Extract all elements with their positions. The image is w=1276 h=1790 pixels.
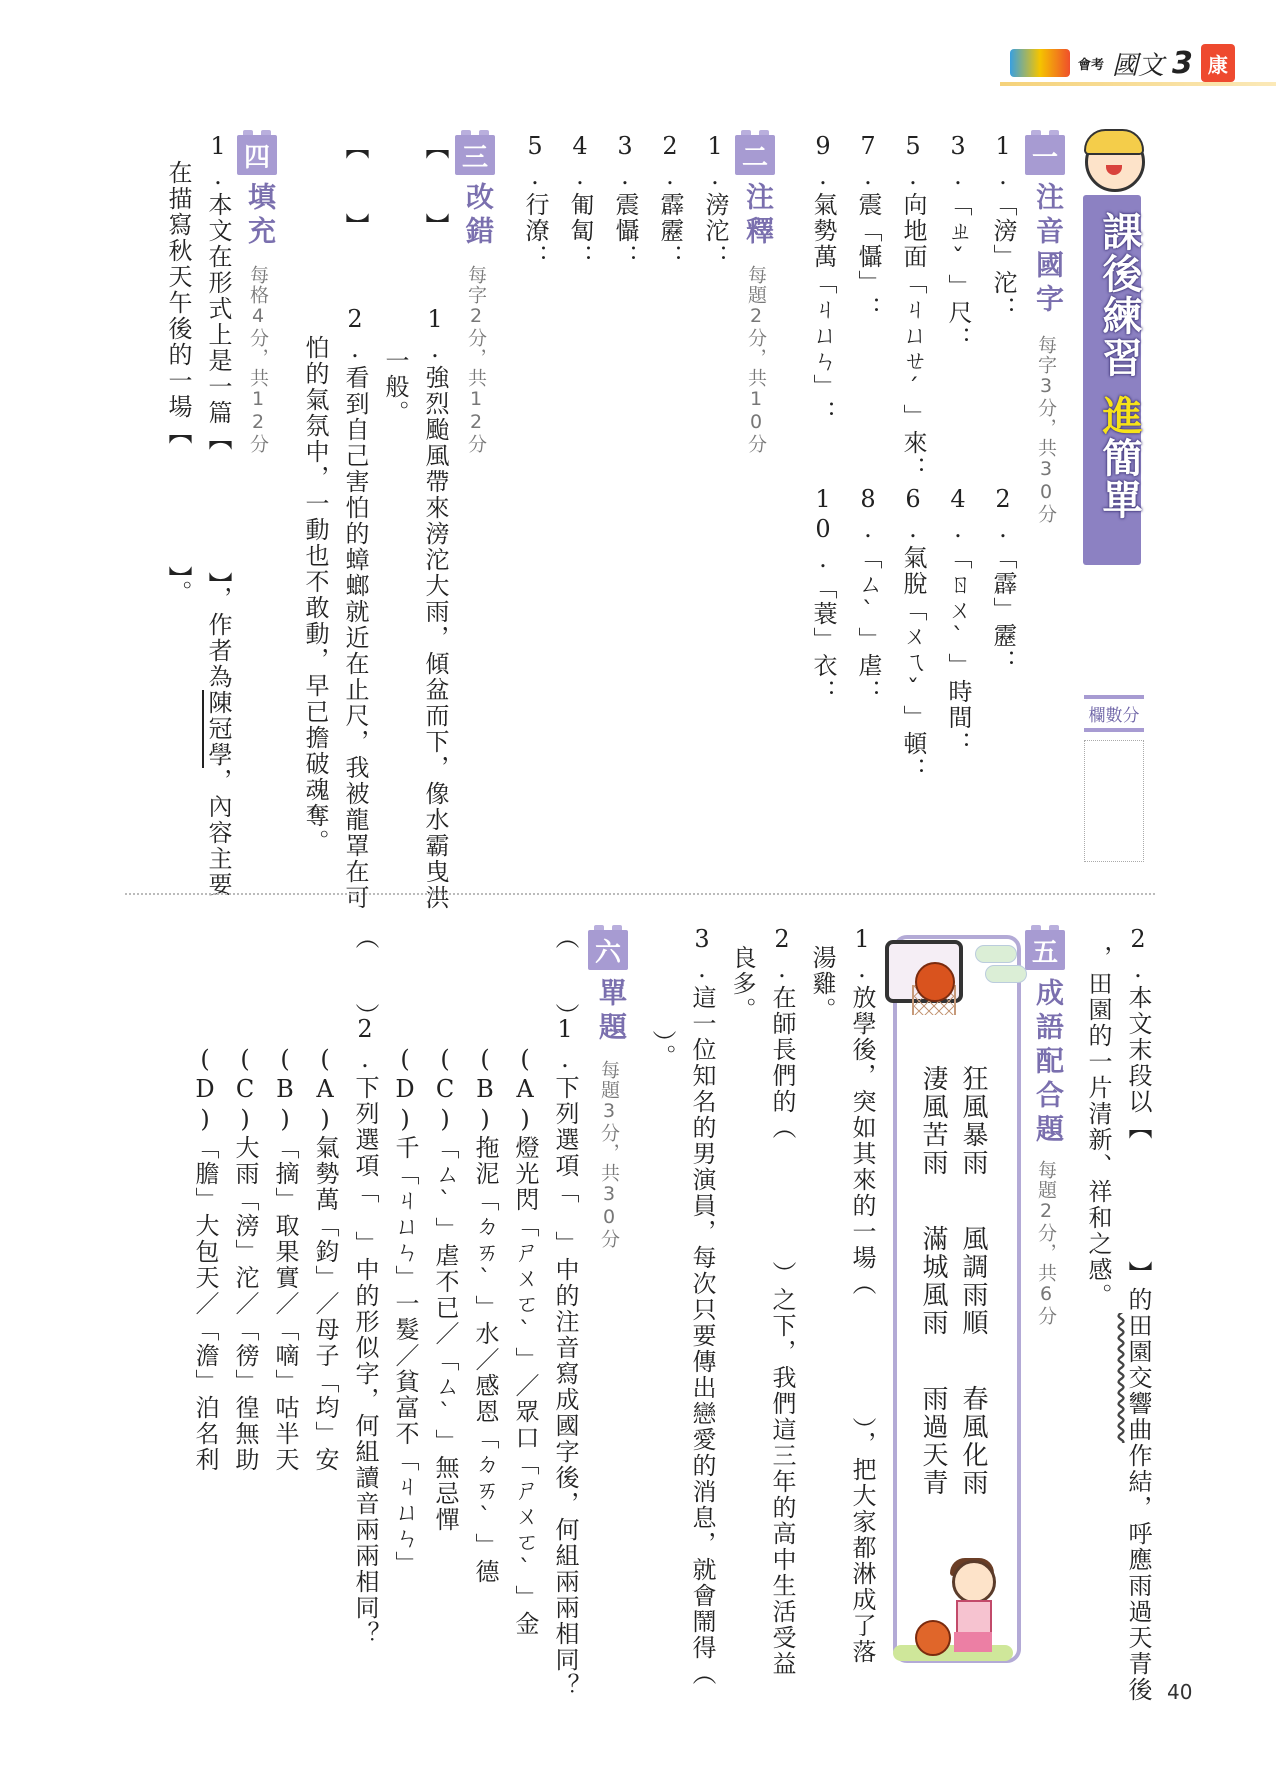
page-header: 會考 國文 3 康 (1010, 44, 1235, 82)
section-5-score: 每題2分，共6分 (1033, 1160, 1060, 1326)
s5-item-3: 3.這一位知名的男演員，每次只要傳出戀愛的消息，就會鬧得（ (682, 925, 722, 1687)
s4-item-2-cont: ，田園的一片清新、祥和之感。 (1078, 945, 1118, 1309)
section-1-score: 每字3分，共30分 (1033, 335, 1060, 524)
page-divider (125, 893, 1155, 895)
logo-subtitle: 會考 (1078, 54, 1104, 73)
s6-q2-option-a[interactable]: (A)氣勢萬「鈞」／母子「均」安 (305, 1045, 345, 1473)
section-1-badge: 一 (1025, 135, 1065, 175)
publisher-logo (1010, 49, 1070, 77)
edition-badge: 康 (1201, 44, 1235, 82)
idiom-option: 風調雨順 (955, 1225, 992, 1337)
s6-q2-option-c[interactable]: (C)大雨「滂」沱／「徬」徨無助 (225, 1045, 265, 1473)
girl-dribbling-illustration (930, 1560, 1010, 1655)
idiom-option: 狂風暴雨 (955, 1065, 992, 1177)
s2-item-2: 2.霹靂： (650, 132, 690, 270)
s5-item-1-cont: 湯雞。 (802, 945, 842, 1023)
s1-item-1: 1.「滂」沱： (983, 132, 1023, 322)
section-2-badge: 二 (735, 135, 775, 175)
s3-item-1: 1.強烈颱風帶來滂沱大雨，傾盆而下，像水霸曳洪 (415, 305, 455, 911)
score-box: 欄數分 (1084, 695, 1144, 865)
section-3-badge: 三 (455, 135, 495, 175)
s6-q1-answer-paren[interactable]: （ ） (545, 925, 585, 1029)
s4-item-2: 2.本文末段以【】的田園交響曲作結，呼應雨過天青後 (1118, 925, 1158, 1703)
grade-number: 3 (1172, 46, 1193, 81)
title-banner: 課後練習 進簡單 (1083, 195, 1141, 565)
basketball-icon (915, 962, 955, 1002)
s3-item-1-answer-bracket[interactable]: 【 】 (415, 135, 455, 239)
section-6-score: 每題3分，共30分 (596, 1060, 623, 1249)
mascot-face-icon (1085, 132, 1145, 192)
emphasized-phrase: 田園交響曲 (1124, 1313, 1152, 1443)
s2-item-4: 4.匍匐： (560, 132, 600, 270)
s5-item-2-cont: 良多。 (722, 945, 762, 1023)
s3-item-2: 2.看到自己害怕的蟑螂就近在止尺，我被龍罩在可 (335, 305, 375, 911)
idiom-option: 滿城風雨 (915, 1225, 952, 1337)
s1-item-7: 7.震「懾」： (848, 132, 888, 322)
section-3-title: 改錯 (458, 182, 498, 250)
s1-item-6: 6.氣脫「ㄨㄟˇ」頓： (893, 485, 933, 783)
s6-q1: 1.下列選項「 」中的注音寫成國字後，何組兩兩相同？ (545, 1015, 585, 1699)
s1-item-4: 4.「ㄖㄨˋ」時間： (938, 485, 978, 757)
s2-item-3: 3.震懾： (605, 132, 645, 270)
section-3-score: 每字2分，共12分 (463, 265, 490, 454)
s2-item-1: 1.滂沱： (695, 132, 735, 270)
idiom-option: 春風化雨 (955, 1385, 992, 1497)
section-2-title: 注釋 (738, 182, 778, 250)
s6-q2-answer-paren[interactable]: （ ） (345, 925, 385, 1029)
subject-title: 國文 (1112, 45, 1164, 82)
idiom-option: 淒風苦雨 (915, 1065, 952, 1177)
section-5-title: 成語配合題 (1028, 978, 1068, 1148)
s4-item-1-cont: 在描寫秋天午後的一場【】。 (158, 160, 198, 606)
s3-item-1-cont: 一般。 (375, 348, 415, 426)
s6-q2: 2.下列選項「 」中的形似字，何組讀音兩兩相同？ (345, 1015, 385, 1647)
s3-item-2-cont: 怕的氣氛中，一動也不敢動，早已擔破魂奪。 (295, 335, 335, 855)
author-name: 陳冠學 (202, 690, 232, 768)
score-label: 欄數分 (1084, 695, 1144, 732)
banner-title-practice: 課後練習 (1091, 211, 1148, 379)
s2-item-5: 5.行潦： (515, 132, 555, 270)
s1-item-2: 2.「霹」靂： (983, 485, 1023, 675)
s1-item-3: 3.「ㄓˇ」尺： (938, 132, 978, 352)
s3-item-2-answer-bracket[interactable]: 【 】 (335, 135, 375, 239)
s5-item-1: 1.放學後，突如其來的一場（），把大家都淋成了落 (842, 925, 882, 1665)
section-5-badge: 五 (1025, 930, 1065, 970)
s6-q1-option-b[interactable]: (B)拖泥「ㄉㄞˋ」水／感恩「ㄉㄞˋ」德 (465, 1045, 505, 1585)
s1-item-10: 10.「蓑」衣： (803, 485, 843, 705)
s1-item-9: 9.氣勢萬「ㄐㄩㄣ」： (803, 132, 843, 426)
banner-title-level: 進簡單 (1091, 395, 1148, 521)
section-2-score: 每題2分，共10分 (743, 265, 770, 454)
s6-q1-option-d[interactable]: (D)千「ㄐㄩㄣ」一髮／貧富不「ㄐㄩㄣ」 (385, 1045, 425, 1577)
section-1-title: 注音國字 (1028, 182, 1068, 318)
page-number: 40 (1167, 1680, 1192, 1704)
section-6-title: 單題 (591, 978, 631, 1046)
s1-item-5: 5.向地面「ㄐㄩㄝˊ」來： (893, 132, 933, 482)
s5-item-3-blank-end[interactable]: ）。 (642, 1030, 682, 1070)
section-4-score: 每格4分，共12分 (245, 265, 272, 454)
s6-q2-option-d[interactable]: (D)「膽」大包天／「澹」泊名利 (185, 1045, 225, 1473)
section-4-title: 填充 (240, 182, 280, 250)
s6-q2-option-b[interactable]: (B)「摘」取果實／「嘀」咕半天 (265, 1045, 305, 1473)
cloud-icon (985, 965, 1027, 983)
idiom-option: 雨過天青 (915, 1385, 952, 1497)
s6-q1-option-a[interactable]: (A)燈光閃「ㄕㄨㄛˋ」／眾口「ㄕㄨㄛˋ」金 (505, 1045, 545, 1637)
score-input-area[interactable] (1084, 740, 1144, 862)
s4-item-1: 1.本文在形式上是一篇【】，作者為陳冠學，內容主要 (198, 132, 238, 898)
header-divider (1000, 82, 1276, 86)
cloud-icon (975, 945, 1017, 963)
s1-item-8: 8.「ㄙˋ」虐： (848, 485, 888, 705)
section-6-badge: 六 (588, 930, 628, 970)
s6-q1-option-c[interactable]: (C)「ㄙˋ」虐不已／「ㄙˋ」無忌憚 (425, 1045, 465, 1533)
s5-item-2: 2.在師長們的（）之下，我們這三年的高中生活受益 (762, 925, 802, 1677)
section-4-badge: 四 (237, 135, 277, 175)
